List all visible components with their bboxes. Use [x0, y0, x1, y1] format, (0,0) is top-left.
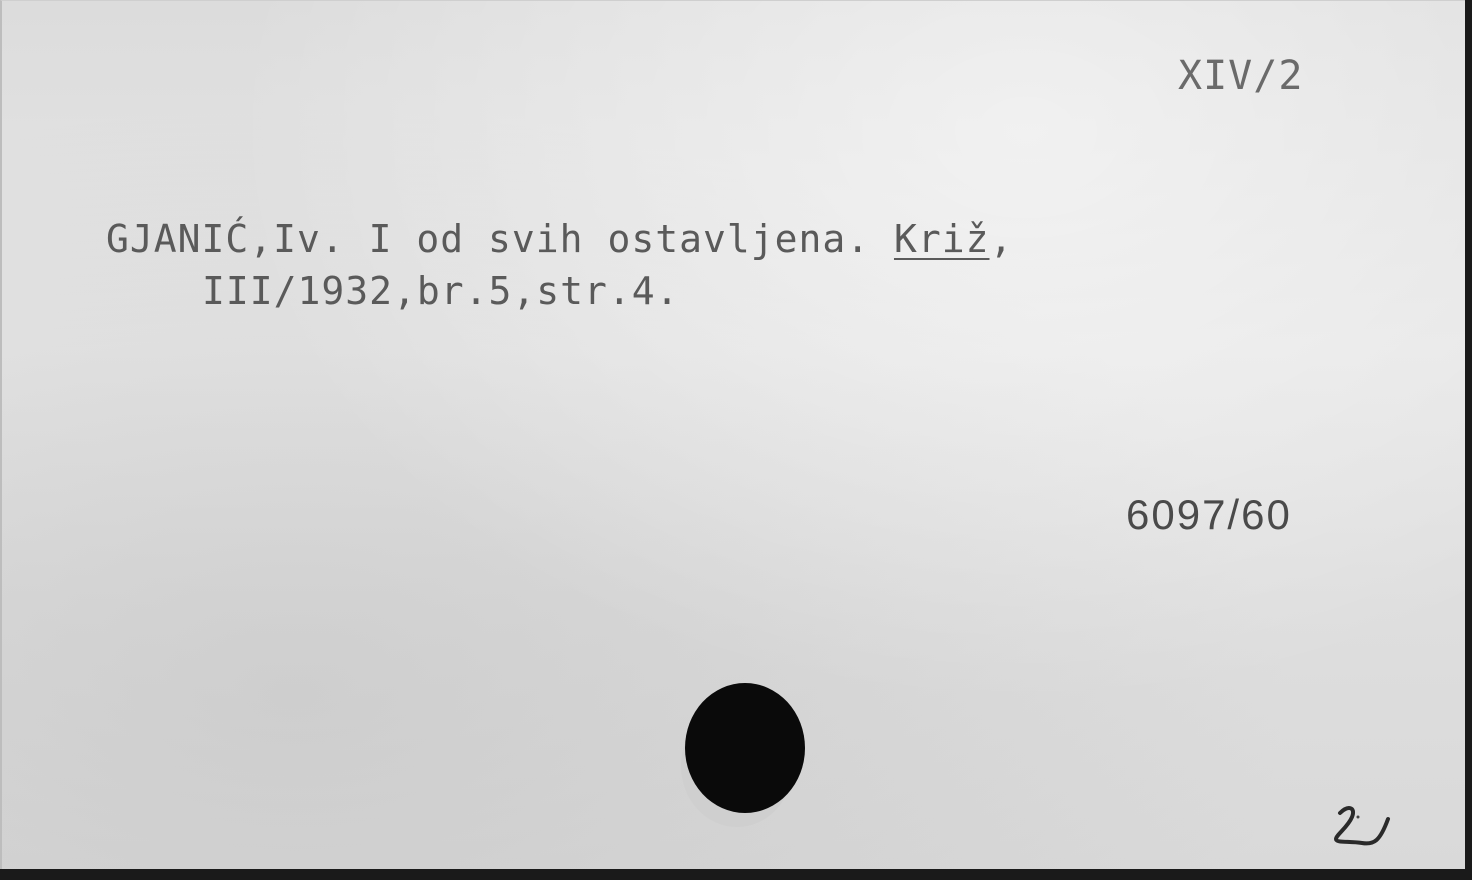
article-title: I od svih ostavljena. [345, 217, 894, 261]
source-title: Križ [894, 217, 990, 261]
source-suffix: , [990, 217, 1014, 261]
punch-hole-icon [685, 683, 805, 813]
bibliographic-entry-line-1: GJANIĆ,Iv. I od svih ostavljena. Križ, [106, 217, 1013, 261]
call-number: XIV/2 [1178, 53, 1303, 99]
bibliographic-entry-line-2: III/1932,br.5,str.4. [202, 269, 680, 313]
handwritten-mark-icon [1328, 801, 1408, 851]
author-name: GJANIĆ,Iv. [106, 217, 345, 261]
catalog-card: XIV/2 GJANIĆ,Iv. I od svih ostavljena. K… [0, 0, 1465, 869]
accession-number: 6097/60 [1126, 491, 1292, 539]
